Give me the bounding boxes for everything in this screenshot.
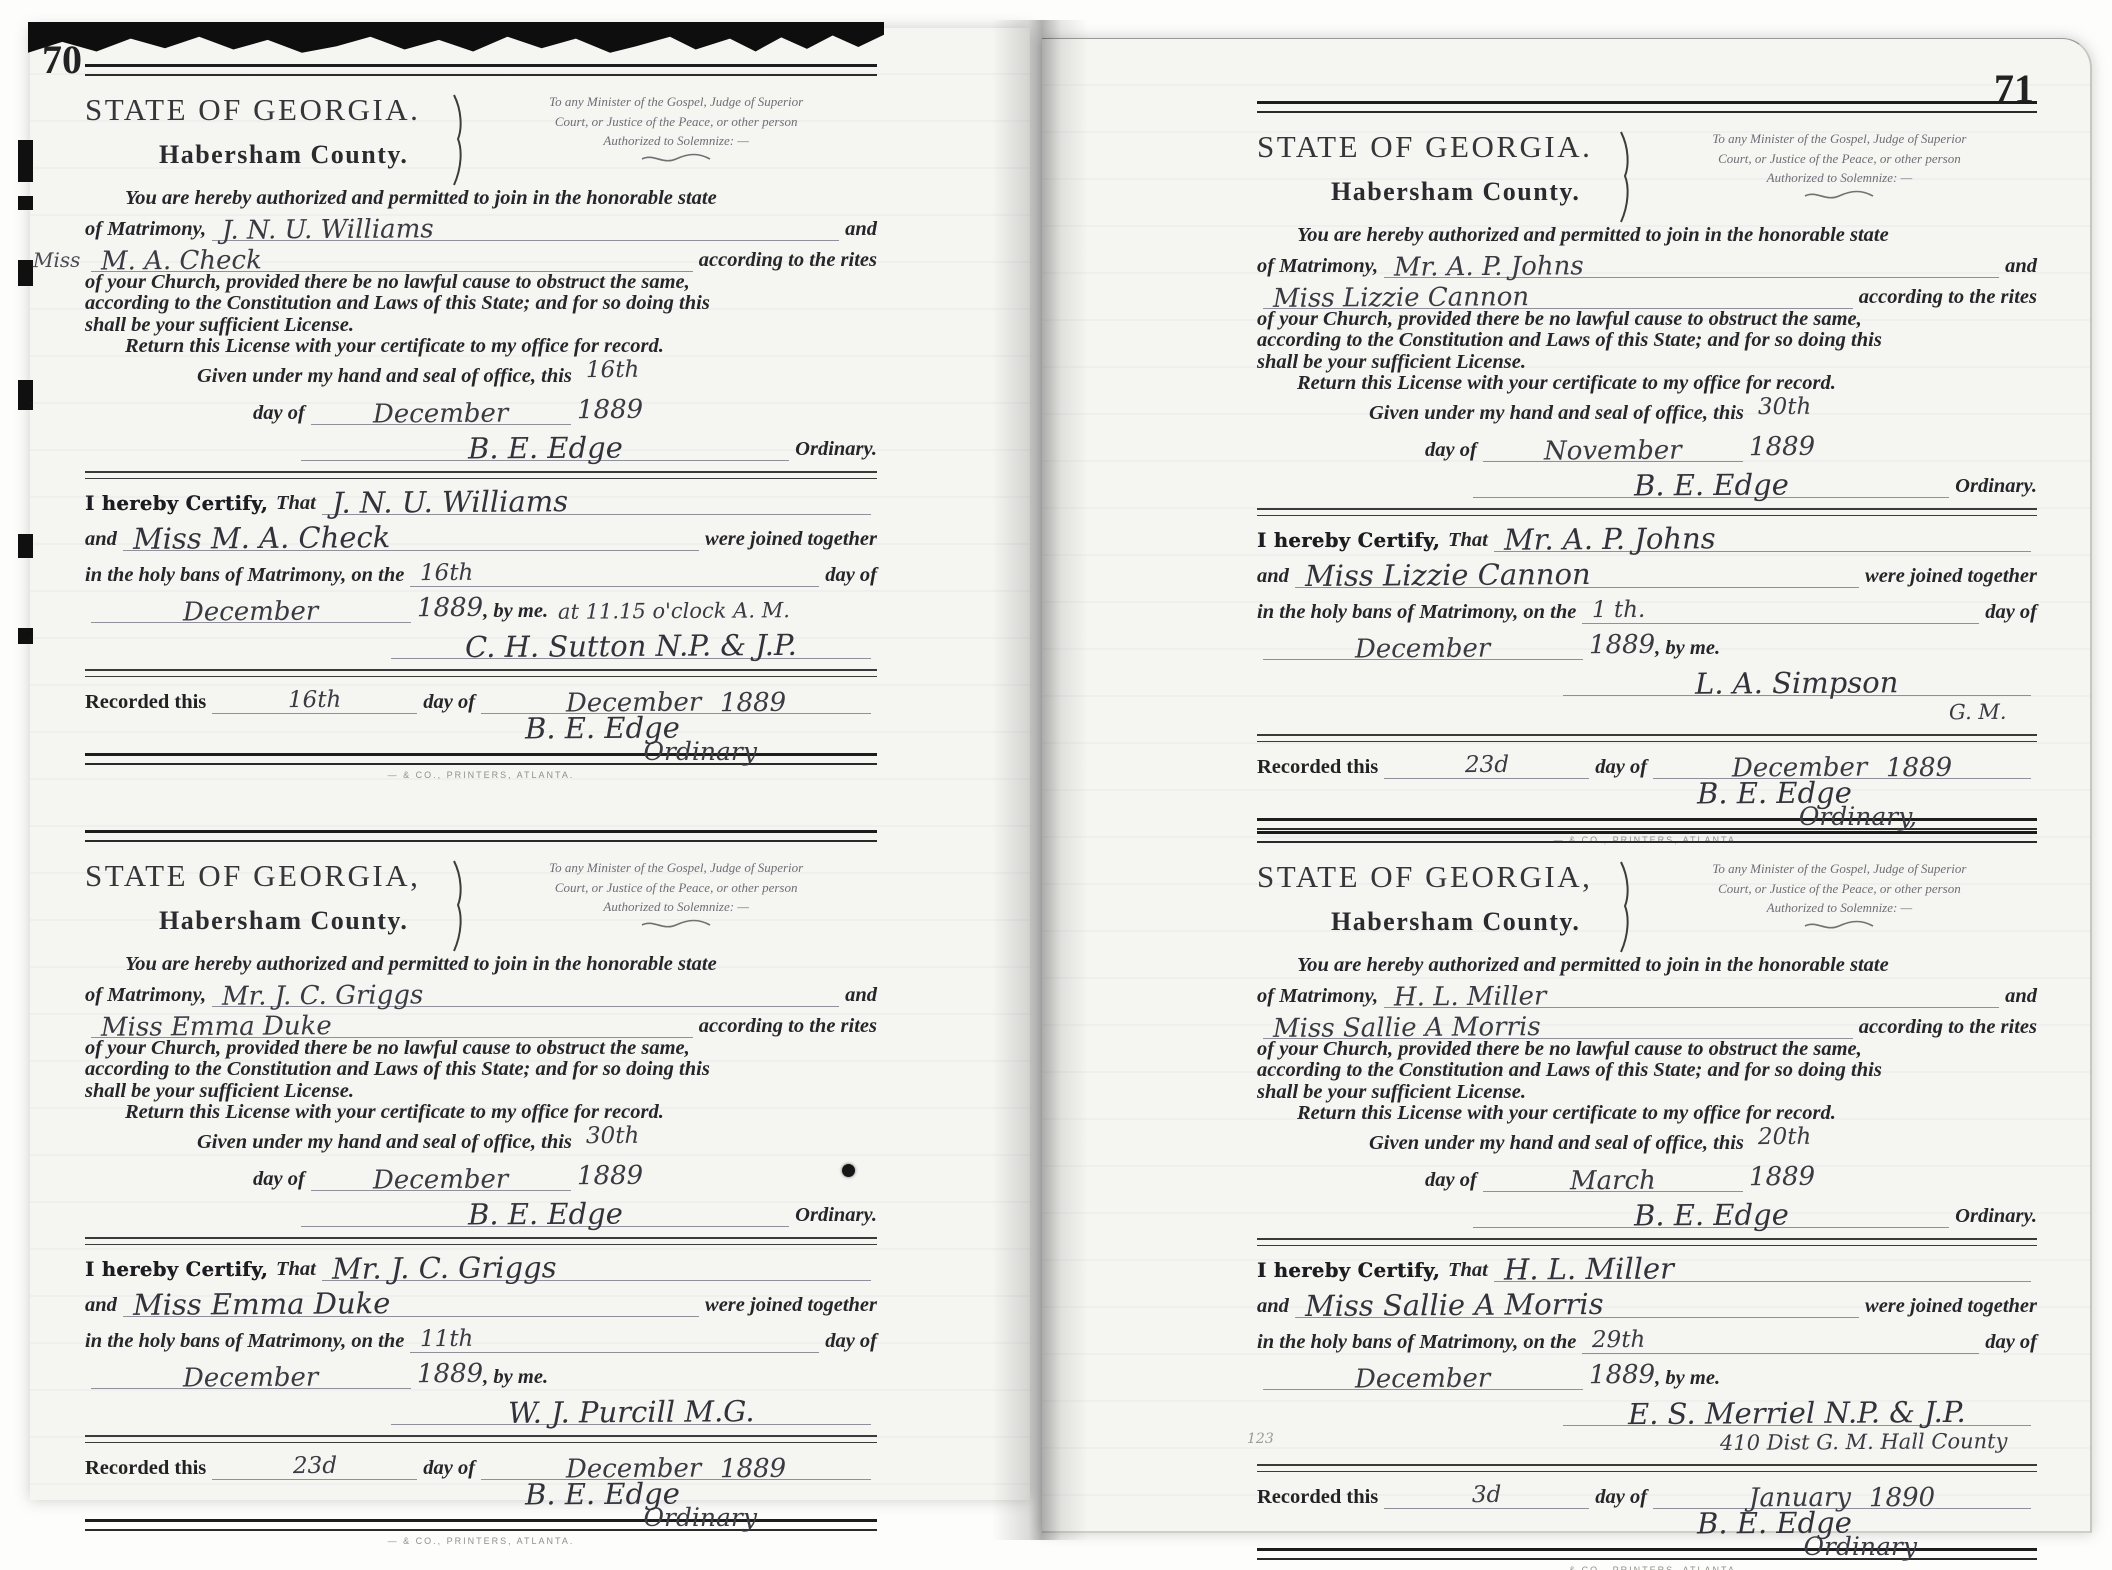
form-bottom-rule <box>85 753 877 765</box>
that-label: That <box>1448 529 1488 552</box>
license-day: 30th <box>1758 393 1812 419</box>
county-heading: Habersham County. <box>1257 177 1616 207</box>
return-line: Return this License with your certificat… <box>85 1102 877 1124</box>
form-top-rule <box>1257 101 2037 113</box>
form-header: STATE OF GEORGIA, Habersham County. To a… <box>85 858 877 954</box>
addressee-line: To any Minister of the Gospel, Judge of … <box>1642 859 2037 879</box>
rites-label: according to the rites <box>1859 1016 2037 1039</box>
license-day: 16th <box>586 356 640 382</box>
recorded-section: Recorded this 23d day of December1889 B.… <box>85 1447 877 1519</box>
addressee-line: Court, or Justice of the Peace, or other… <box>475 112 877 132</box>
page-left: 70 STATE OF GEORGIA. Habersham County. T… <box>30 28 1030 1500</box>
marriage-license-form: STATE OF GEORGIA, Habersham County. To a… <box>1257 831 2037 1570</box>
section-rule <box>1257 1238 2037 1246</box>
marriage-year: 1889 <box>417 1358 483 1388</box>
day-of-label: day of <box>423 1457 475 1480</box>
brace-glyph <box>449 858 475 954</box>
that-label: That <box>1448 1259 1488 1282</box>
license-year: 1889 <box>1749 431 1815 461</box>
addressee-line: To any Minister of the Gospel, Judge of … <box>1642 129 2037 149</box>
bride-name: M. A. Check <box>101 245 262 276</box>
given-label: Given under my hand and seal of office, … <box>1369 1132 1744 1155</box>
ordinary-signature: B. E. Edge <box>1634 467 1789 502</box>
binding-mark <box>18 260 33 286</box>
church-line: according to the Constitution and Laws o… <box>1257 1060 2037 1082</box>
recorded-year: 1889 <box>720 1453 786 1483</box>
marriage-day: 16th <box>420 559 474 585</box>
cert-bride-name: Miss M. A. Check <box>133 520 391 556</box>
recorded-day: 16th <box>288 686 342 712</box>
recorder-signature: B. E. Edge <box>525 710 680 745</box>
brace-glyph <box>449 92 475 188</box>
rites-label: according to the rites <box>1859 286 2037 309</box>
addressee-block: To any Minister of the Gospel, Judge of … <box>1642 129 2037 225</box>
that-label: That <box>276 1258 316 1281</box>
certificate-section: I hereby Certify, That H. L. Miller and … <box>1257 1248 2037 1454</box>
printer-imprint: — & CO., PRINTERS, ATLANTA. <box>1257 1565 2037 1570</box>
flourish-squiggle <box>639 153 713 165</box>
binding-mark <box>18 196 33 210</box>
county-heading: Habersham County. <box>85 140 449 170</box>
day-of-label: day of <box>1985 1331 2037 1354</box>
state-heading: STATE OF GEORGIA, <box>85 858 449 894</box>
day-of-label: day of <box>1425 1169 1477 1192</box>
day-of-label: day of <box>1985 601 2037 624</box>
church-line: according to the Constitution and Laws o… <box>1257 330 2037 352</box>
bans-label: in the holy bans of Matrimony, on the <box>1257 601 1576 624</box>
cert-groom-name: Mr. J. C. Griggs <box>332 1250 557 1286</box>
officiant-signature: C. H. Sutton N.P. & J.P. <box>465 627 797 663</box>
ordinary-label: Ordinary. <box>1955 1205 2037 1228</box>
that-label: That <box>276 492 316 515</box>
flourish-squiggle <box>1802 190 1876 202</box>
ordinary-label: Ordinary. <box>1955 475 2037 498</box>
addressee-block: To any Minister of the Gospel, Judge of … <box>1642 859 2037 955</box>
officiant-signature: W. J. Purcill M.G. <box>508 1394 755 1430</box>
addressee-line: Court, or Justice of the Peace, or other… <box>475 878 877 898</box>
by-me-label: , by me. <box>1655 637 1720 660</box>
recorder-signature: B. E. Edge <box>1697 1505 1852 1540</box>
joined-label: were joined together <box>1865 1295 2037 1318</box>
section-rule <box>85 471 877 479</box>
license-month: December <box>373 398 509 429</box>
recorded-this-label: Recorded this <box>85 1457 206 1480</box>
authorize-line: You are hereby authorized and permitted … <box>85 954 877 976</box>
page-number: 70 <box>42 36 82 83</box>
flourish-squiggle <box>1802 920 1876 932</box>
certify-lead: I hereby Certify, <box>1257 529 1440 552</box>
addressee-line: Authorized to Solemnize: — <box>475 897 877 917</box>
bride-name: Miss Lizzie Cannon <box>1273 282 1529 314</box>
church-line: according to the Constitution and Laws o… <box>85 293 877 315</box>
bride-name: Miss Sallie A Morris <box>1273 1012 1541 1044</box>
section-rule <box>1257 1464 2037 1472</box>
by-me-label: , by me. <box>1655 1367 1720 1390</box>
binding-mark <box>18 140 33 182</box>
officiant-signature: L. A. Simpson <box>1695 665 1899 700</box>
license-month: November <box>1544 435 1682 466</box>
ordinary-signature: B. E. Edge <box>1634 1197 1789 1232</box>
form-bottom-rule <box>85 1519 877 1531</box>
day-of-label: day of <box>1595 1486 1647 1509</box>
recorded-year: 1889 <box>720 687 786 717</box>
rites-label: according to the rites <box>699 249 877 272</box>
license-year: 1889 <box>1749 1161 1815 1191</box>
certify-lead: I hereby Certify, <box>1257 1259 1440 1282</box>
certificate-section: I hereby Certify, That Mr. J. C. Griggs … <box>85 1247 877 1425</box>
bans-label: in the holy bans of Matrimony, on the <box>1257 1331 1576 1354</box>
authorize-line: You are hereby authorized and permitted … <box>1257 225 2037 247</box>
recorded-section: Recorded this 16th day of December1889 B… <box>85 681 877 753</box>
and-label: and <box>1257 565 1289 588</box>
day-of-label: day of <box>1425 439 1477 462</box>
of-matrimony-label: of Matrimony, <box>85 984 206 1007</box>
marriage-license-form: STATE OF GEORGIA. Habersham County. To a… <box>1257 101 2037 845</box>
form-top-rule <box>85 64 877 76</box>
license-day: 30th <box>586 1122 640 1148</box>
joined-label: were joined together <box>1865 565 2037 588</box>
brace-glyph <box>1616 129 1642 225</box>
marriage-day: 11th <box>420 1325 474 1351</box>
section-rule <box>85 1237 877 1245</box>
cert-bride-name: Miss Sallie A Morris <box>1305 1286 1604 1322</box>
recorded-this-label: Recorded this <box>85 691 206 714</box>
and-label: and <box>2005 985 2037 1008</box>
license-month: March <box>1570 1165 1656 1196</box>
joined-label: were joined together <box>705 528 877 551</box>
form-top-rule <box>1257 831 2037 843</box>
binding-mark <box>18 380 33 410</box>
addressee-block: To any Minister of the Gospel, Judge of … <box>475 92 877 188</box>
marriage-month: December <box>1355 633 1491 664</box>
recorded-year: 1889 <box>1886 752 1952 782</box>
license-month: December <box>373 1164 509 1195</box>
addressee-line: To any Minister of the Gospel, Judge of … <box>475 92 877 112</box>
license-year: 1889 <box>577 1160 643 1190</box>
section-rule <box>85 1435 877 1443</box>
page-right: 71 123 STATE OF GEORGIA. Habersham Count… <box>1042 38 2092 1533</box>
marriage-license-form: STATE OF GEORGIA, Habersham County. To a… <box>85 830 877 1546</box>
recorded-this-label: Recorded this <box>1257 1486 1378 1509</box>
given-label: Given under my hand and seal of office, … <box>197 1131 572 1154</box>
marriage-year: 1889 <box>1589 629 1655 659</box>
officiant-district: 410 Dist G. M. Hall County <box>1719 1428 2007 1454</box>
scanned-record-book-spread: 70 STATE OF GEORGIA. Habersham County. T… <box>0 0 2112 1570</box>
bride-name: Miss Emma Duke <box>101 1011 332 1043</box>
day-of-label: day of <box>423 691 475 714</box>
and-label: and <box>2005 255 2037 278</box>
ordinary-label: Ordinary. <box>795 1204 877 1227</box>
bans-label: in the holy bans of Matrimony, on the <box>85 1330 404 1353</box>
church-line: according to the Constitution and Laws o… <box>85 1059 877 1081</box>
license-paragraph: You are hereby authorized and permitted … <box>1257 225 2037 498</box>
license-paragraph: You are hereby authorized and permitted … <box>85 188 877 461</box>
recorded-day: 3d <box>1472 1481 1502 1507</box>
rites-label: according to the rites <box>699 1015 877 1038</box>
certify-lead: I hereby Certify, <box>85 492 268 515</box>
officiant-time-note: at 11.15 o'clock A. M. <box>558 598 790 624</box>
license-day: 20th <box>1758 1123 1812 1149</box>
marriage-day: 1 th. <box>1592 596 1645 622</box>
state-heading: STATE OF GEORGIA, <box>1257 859 1616 895</box>
binding-tear <box>28 22 884 54</box>
cert-groom-name: H. L. Miller <box>1504 1251 1674 1286</box>
section-rule <box>85 669 877 677</box>
printer-imprint: — & CO., PRINTERS, ATLANTA. <box>85 1536 877 1546</box>
addressee-line: Court, or Justice of the Peace, or other… <box>1642 149 2037 169</box>
authorize-line: You are hereby authorized and permitted … <box>1257 955 2037 977</box>
given-label: Given under my hand and seal of office, … <box>197 365 572 388</box>
of-matrimony-label: of Matrimony, <box>1257 255 1378 278</box>
ordinary-label: Ordinary. <box>795 438 877 461</box>
church-line: shall be your sufficient License. <box>1257 352 2037 374</box>
officiant-district: G. M. <box>1949 699 2007 723</box>
by-me-label: , by me. <box>483 600 548 623</box>
by-me-label: , by me. <box>483 1366 548 1389</box>
brace-glyph <box>1616 859 1642 955</box>
return-line: Return this License with your certificat… <box>85 336 877 358</box>
cert-bride-name: Miss Emma Duke <box>133 1286 391 1322</box>
addressee-line: Authorized to Solemnize: — <box>475 131 877 151</box>
license-year: 1889 <box>577 394 643 424</box>
ordinary-signature: B. E. Edge <box>468 430 623 465</box>
marriage-year: 1889 <box>1589 1359 1655 1389</box>
recorder-signature: B. E. Edge <box>525 1476 680 1511</box>
cert-bride-name: Miss Lizzie Cannon <box>1305 557 1591 593</box>
county-heading: Habersham County. <box>1257 907 1616 937</box>
officiant-signature: E. S. Merriel N.P. & J.P. <box>1628 1394 1966 1430</box>
authorize-line: You are hereby authorized and permitted … <box>85 188 877 210</box>
marriage-month: December <box>183 596 319 627</box>
day-of-label: day of <box>825 1330 877 1353</box>
and-label: and <box>85 1294 117 1317</box>
certificate-section: I hereby Certify, That J. N. U. Williams… <box>85 481 877 659</box>
recorded-year: 1890 <box>1869 1482 1935 1512</box>
form-bottom-rule <box>1257 818 2037 830</box>
marriage-day: 29th <box>1592 1326 1646 1352</box>
binding-mark <box>18 628 33 644</box>
and-label: and <box>845 984 877 1007</box>
marriage-month: December <box>1355 1363 1491 1394</box>
certificate-section: I hereby Certify, That Mr. A. P. Johns a… <box>1257 518 2037 724</box>
printer-imprint: — & CO., PRINTERS, ATLANTA. <box>85 770 877 780</box>
cert-groom-name: J. N. U. Williams <box>332 484 568 520</box>
of-matrimony-label: of Matrimony, <box>1257 985 1378 1008</box>
church-line: shall be your sufficient License. <box>85 315 877 337</box>
recorded-day: 23d <box>1465 751 1509 777</box>
marriage-month: December <box>183 1362 319 1393</box>
addressee-line: To any Minister of the Gospel, Judge of … <box>475 858 877 878</box>
recorded-day: 23d <box>293 1452 337 1478</box>
license-paragraph: You are hereby authorized and permitted … <box>1257 955 2037 1228</box>
county-heading: Habersham County. <box>85 906 449 936</box>
addressee-line: Authorized to Solemnize: — <box>1642 898 2037 918</box>
flourish-squiggle <box>639 919 713 931</box>
church-line: shall be your sufficient License. <box>85 1081 877 1103</box>
day-of-label: day of <box>253 1168 305 1191</box>
recorded-this-label: Recorded this <box>1257 756 1378 779</box>
of-matrimony-label: of Matrimony, <box>85 218 206 241</box>
return-line: Return this License with your certificat… <box>1257 373 2037 395</box>
form-header: STATE OF GEORGIA. Habersham County. To a… <box>1257 129 2037 225</box>
joined-label: were joined together <box>705 1294 877 1317</box>
recorded-section: Recorded this 3d day of January1890 B. E… <box>1257 1476 2037 1548</box>
form-header: STATE OF GEORGIA, Habersham County. To a… <box>1257 859 2037 955</box>
certify-lead: I hereby Certify, <box>85 1258 268 1281</box>
ordinary-signature: B. E. Edge <box>468 1196 623 1231</box>
addressee-line: Authorized to Solemnize: — <box>1642 168 2037 188</box>
form-header: STATE OF GEORGIA. Habersham County. To a… <box>85 92 877 188</box>
form-top-rule <box>85 830 877 842</box>
section-rule <box>1257 734 2037 742</box>
and-label: and <box>85 528 117 551</box>
license-paragraph: You are hereby authorized and permitted … <box>85 954 877 1227</box>
binding-mark <box>18 534 33 558</box>
marriage-license-form: STATE OF GEORGIA. Habersham County. To a… <box>85 64 877 780</box>
margin-annotation-miss: Miss <box>33 247 81 271</box>
state-heading: STATE OF GEORGIA. <box>85 92 449 128</box>
day-of-label: day of <box>825 564 877 587</box>
and-label: and <box>845 218 877 241</box>
return-line: Return this License with your certificat… <box>1257 1103 2037 1125</box>
section-rule <box>1257 508 2037 516</box>
church-line: shall be your sufficient License. <box>1257 1082 2037 1104</box>
given-label: Given under my hand and seal of office, … <box>1369 402 1744 425</box>
form-bottom-rule <box>1257 1548 2037 1560</box>
marriage-year: 1889 <box>417 592 483 622</box>
addressee-line: Court, or Justice of the Peace, or other… <box>1642 879 2037 899</box>
addressee-block: To any Minister of the Gospel, Judge of … <box>475 858 877 954</box>
recorder-signature: B. E. Edge <box>1697 775 1852 810</box>
cert-groom-name: Mr. A. P. Johns <box>1504 521 1716 556</box>
day-of-label: day of <box>1595 756 1647 779</box>
bans-label: in the holy bans of Matrimony, on the <box>85 564 404 587</box>
and-label: and <box>1257 1295 1289 1318</box>
recorded-section: Recorded this 23d day of December1889 B.… <box>1257 746 2037 818</box>
day-of-label: day of <box>253 402 305 425</box>
state-heading: STATE OF GEORGIA. <box>1257 129 1616 165</box>
